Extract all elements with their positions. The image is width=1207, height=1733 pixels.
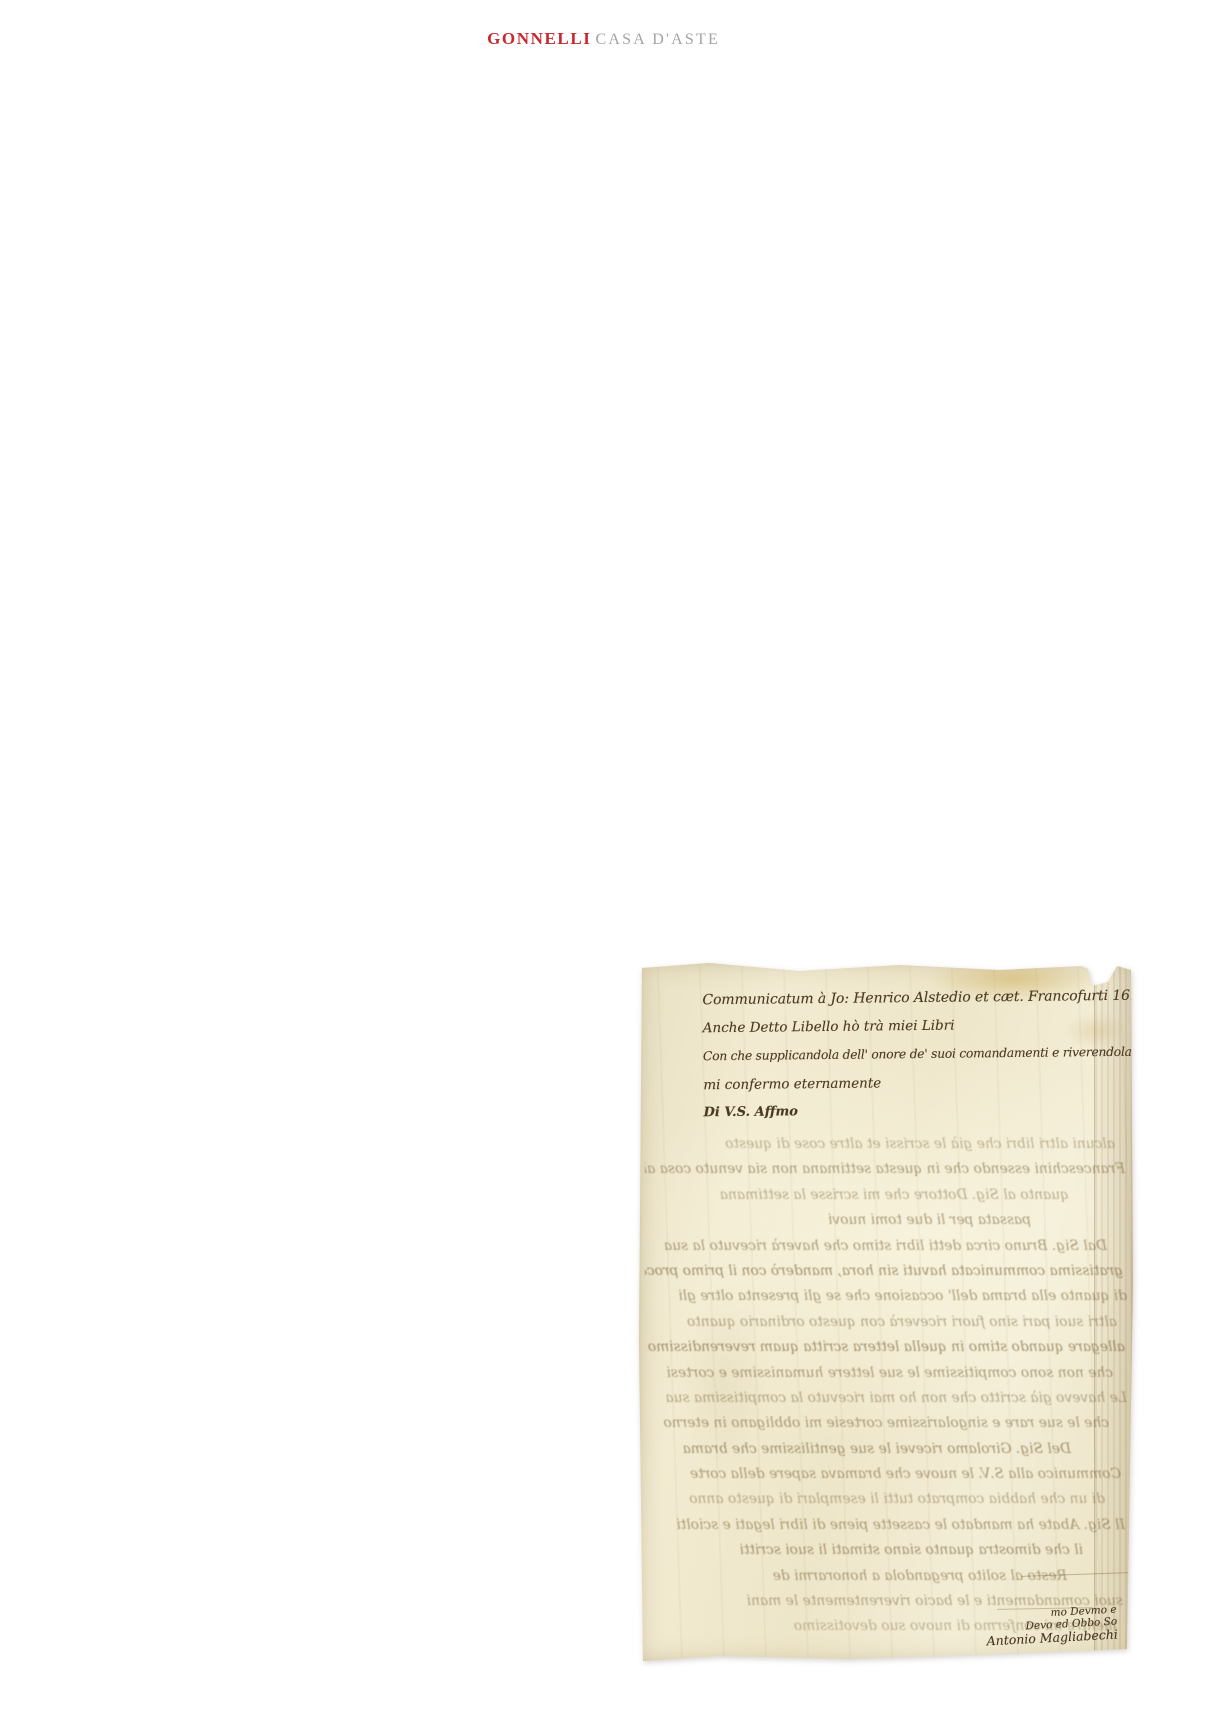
brand-suffix: CASA D'ASTE <box>596 31 720 48</box>
bleedthrough-line: passata per li due tomi nuovi <box>645 1208 1127 1233</box>
bleedthrough-line: quanto al Sig. Dottore che mi scrisse la… <box>645 1183 1127 1208</box>
bleedthrough-line: Il Sig. Abate ha mandato le cassette pie… <box>645 1513 1127 1538</box>
bleedthrough-line: che non sono compitissime le sue lettere… <box>645 1361 1127 1386</box>
note-line: Anche Detto Libello hò trà miei Libri <box>703 1010 1131 1043</box>
note-line: mi confermo eternamente <box>703 1066 1131 1099</box>
manuscript-paper: Communicatum à Jo: Henrico Alstedio et c… <box>639 962 1133 1662</box>
bleedthrough-line: il che dimostra quanto siano stimati li … <box>645 1538 1127 1563</box>
bleedthrough-line: che le sue rare e singolarissime cortesi… <box>645 1411 1127 1436</box>
catalog-header: GONNELLI CASA D'ASTE <box>0 29 1207 49</box>
bleedthrough-line: di un che habbia comprato tutti li esemp… <box>645 1487 1127 1512</box>
manuscript-photo: Communicatum à Jo: Henrico Alstedio et c… <box>639 962 1133 1662</box>
bleedthrough-line: altri suoi pari sino fuori riceverà con … <box>645 1310 1127 1335</box>
bleedthrough-line: allegare quando stimo in quella lettera … <box>645 1335 1127 1360</box>
bleedthrough-line: di quanto ella brama dell' occasione che… <box>645 1284 1127 1309</box>
bleedthrough-line: alcuni altri libri che già le scrissi et… <box>645 1132 1127 1157</box>
bleedthrough-line: Dal Sig. Bruno circa detti libri stimo c… <box>645 1234 1127 1259</box>
brand-name: GONNELLI <box>487 29 591 48</box>
bleedthrough-line: Del Sig. Girolamo ricevei le sue gentili… <box>645 1437 1127 1462</box>
note-line: Di V.S. Affmo <box>703 1095 1131 1128</box>
note-line: Communicatum à Jo: Henrico Alstedio et c… <box>702 982 1130 1015</box>
bleedthrough-line: Le havevo già scritto che non ho mai ric… <box>645 1386 1127 1411</box>
bleedthrough-line: Franceschini essendo che in questa setti… <box>645 1157 1127 1182</box>
manuscript-note-block: Communicatum à Jo: Henrico Alstedio et c… <box>702 982 1131 1127</box>
note-line: Con che supplicandola dell' onore de' su… <box>703 1038 1131 1071</box>
bleedthrough-line: gratissima communicata havuti sin hora, … <box>645 1259 1127 1284</box>
bleedthrough-text-block: alcuni altri libri che già le scrissi et… <box>645 1132 1127 1640</box>
signature-block: mo Devmo e Devo ed Obbo So Antonio Magli… <box>985 1605 1118 1649</box>
bleedthrough-line: Communico alla S.V. le nuove che bramava… <box>645 1462 1127 1487</box>
bleedthrough-line: Resto al solito pregandola a honorarmi d… <box>645 1564 1127 1589</box>
